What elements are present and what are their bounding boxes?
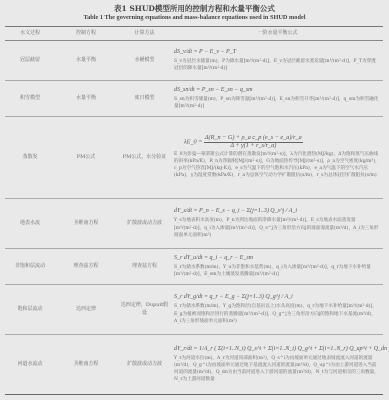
header-calculation-method: 计算方法 xyxy=(117,27,172,41)
cell-method: 水桶模型 xyxy=(117,41,172,81)
table-header-row: 水文过程 控制方程 计算方法 一阶水量平衡公式 xyxy=(5,27,383,41)
governing-equations-table: 水文过程 控制方程 计算方法 一阶水量平衡公式 冠层截留 水量平衡 水桶模型 d… xyxy=(5,26,383,395)
cell-governing: 水量平衡 xyxy=(55,81,117,117)
cell-method: 扩散波或动力波 xyxy=(117,335,172,395)
cell-equation: λE_0 = Δ(R_n − G) + ρ_a c_p (e_s − e_a)/… xyxy=(172,117,383,199)
cell-method: 度日模型 xyxy=(117,81,172,117)
equation-description: Y_r为河道水位(m)，A_r为河道顶部面积(m²)，Q_s^i为由坡面单元通过… xyxy=(174,355,380,383)
cell-process: 非饱和层流动 xyxy=(5,249,55,285)
cell-governing: 圣维南方程 xyxy=(55,199,117,249)
table-row: 积雪模型 水量平衡 度日模型 dS_sn/dt = P_sn − E_sn − … xyxy=(5,81,383,117)
equation: dS_v/dt = P − E_v − P_T xyxy=(174,48,380,57)
equation-description: S_v为冠层水储量(m)，P为降水量[m³/(m²·d)]，E_v为冠层截留水蒸… xyxy=(174,58,380,72)
header-hydrologic-process: 水文过程 xyxy=(5,27,55,41)
table-caption-chinese: 表1 SHUD模型所用的控制方程和水量平衡公式 xyxy=(0,3,389,14)
cell-equation: dS_sn/dt = P_sn − E_sn − q_sm S_sn为积雪储量(… xyxy=(172,81,383,117)
table-row: 地表水流 圣维南方程 扩散波或动力波 dY_s/dt = P_n − E_s −… xyxy=(5,199,383,249)
table-row: 冠层截留 水量平衡 水桶模型 dS_v/dt = P − E_v − P_T S… xyxy=(5,41,383,81)
cell-process: 地表水流 xyxy=(5,199,55,249)
cell-equation: dY_s/dt = P_n − E_s − q_i − Σ(j=1..3) Q_… xyxy=(172,199,383,249)
cell-equation: dS_v/dt = P − E_v − P_T S_v为冠层水储量(m)，P为降… xyxy=(172,41,383,81)
equation: S_r dY_u/dt = q_i − q_r − E_sm xyxy=(174,254,380,263)
equation-description: S_r为储水系数(m/m)，Y_u为非饱和水基势(m)，q_i为入渗量[m³/(… xyxy=(174,264,380,278)
cell-process: 冠层截留 xyxy=(5,41,55,81)
table-row: 河道水流动 圣维南方程 扩散波或动力波 dY_r/dt = 1/A_r ( Σ(… xyxy=(5,335,383,395)
cell-governing: PM公式 xyxy=(55,117,117,199)
table-caption-english: Table 1 The governing equations and mass… xyxy=(0,14,389,21)
equation-description: S_sn为积雪储量(m)，P_sn为降雪量[m³/(m²·d)]，E_sn为积雪… xyxy=(174,96,380,110)
cell-process: 饱和层流动 xyxy=(5,285,55,335)
equation-description: S_r为储水系数(m/m)，Y_g为饱和层(自基岩以上)水头高度(m)，q_r为… xyxy=(174,303,380,324)
equation-description: Y_s为地表积水高度(m)，P_n为到达地面的净降水量[m³/(m²·d)]，E… xyxy=(174,217,380,238)
equation-denominator: Δ + γ(1 + r_s/r_a) xyxy=(204,143,303,150)
table-row: 饱和层流动 达西定律 达西定律，Dupuit假设 S_r dY_g/dt = q… xyxy=(5,285,383,335)
equation: λE_0 = Δ(R_n − G) + ρ_a c_p (e_s − e_a)/… xyxy=(174,135,380,150)
cell-process: 河道水流动 xyxy=(5,335,55,395)
equation-description: E_0为彭曼—蒙蒂斯公式计算的潜在蒸散发[m³/(m²·s)]，λ为汽化潜热(M… xyxy=(174,151,380,179)
equation-fraction: Δ(R_n − G) + ρ_a c_p (e_s − e_a)/r_a Δ +… xyxy=(204,135,303,150)
header-governing-equation: 控制方程 xyxy=(55,27,117,41)
cell-process: 积雪模型 xyxy=(5,81,55,117)
cell-method: 扩散波或动力波 xyxy=(117,199,172,249)
cell-equation: S_r dY_g/dt = q_r − E_g − Σ(j=1..3) Q_g^… xyxy=(172,285,383,335)
table-row: 蒸散发 PM公式 PM公式，水分验证 λE_0 = Δ(R_n − G) + ρ… xyxy=(5,117,383,199)
cell-governing: 圣维南方程 xyxy=(55,335,117,395)
equation: dY_s/dt = P_n − E_s − q_i − Σ(j=1..3) Q_… xyxy=(174,207,380,216)
equation: S_r dY_g/dt = q_r − E_g − Σ(j=1..3) Q_g^… xyxy=(174,293,380,302)
cell-governing: 水量平衡 xyxy=(55,41,117,81)
cell-process: 蒸散发 xyxy=(5,117,55,199)
equation: dY_r/dt = 1/A_r ( Σ(i=1..N_t) Q_s^i + Σ(… xyxy=(174,345,380,354)
cell-equation: dY_r/dt = 1/A_r ( Σ(i=1..N_t) Q_s^i + Σ(… xyxy=(172,335,383,395)
cell-method: PM公式，水分验证 xyxy=(117,117,172,199)
cell-governing: 达西定律 xyxy=(55,285,117,335)
table-row: 非饱和层流动 理查兹方程 理查兹方程 S_r dY_u/dt = q_i − q… xyxy=(5,249,383,285)
header-mass-balance-equation: 一阶水量平衡公式 xyxy=(172,27,383,41)
cell-method: 理查兹方程 xyxy=(117,249,172,285)
equation: dS_sn/dt = P_sn − E_sn − q_sm xyxy=(174,86,380,95)
cell-method: 达西定律，Dupuit假设 xyxy=(117,285,172,335)
cell-equation: S_r dY_u/dt = q_i − q_r − E_sm S_r为储水系数(… xyxy=(172,249,383,285)
equation-lhs: λE_0 = xyxy=(184,139,202,146)
cell-governing: 理查兹方程 xyxy=(55,249,117,285)
